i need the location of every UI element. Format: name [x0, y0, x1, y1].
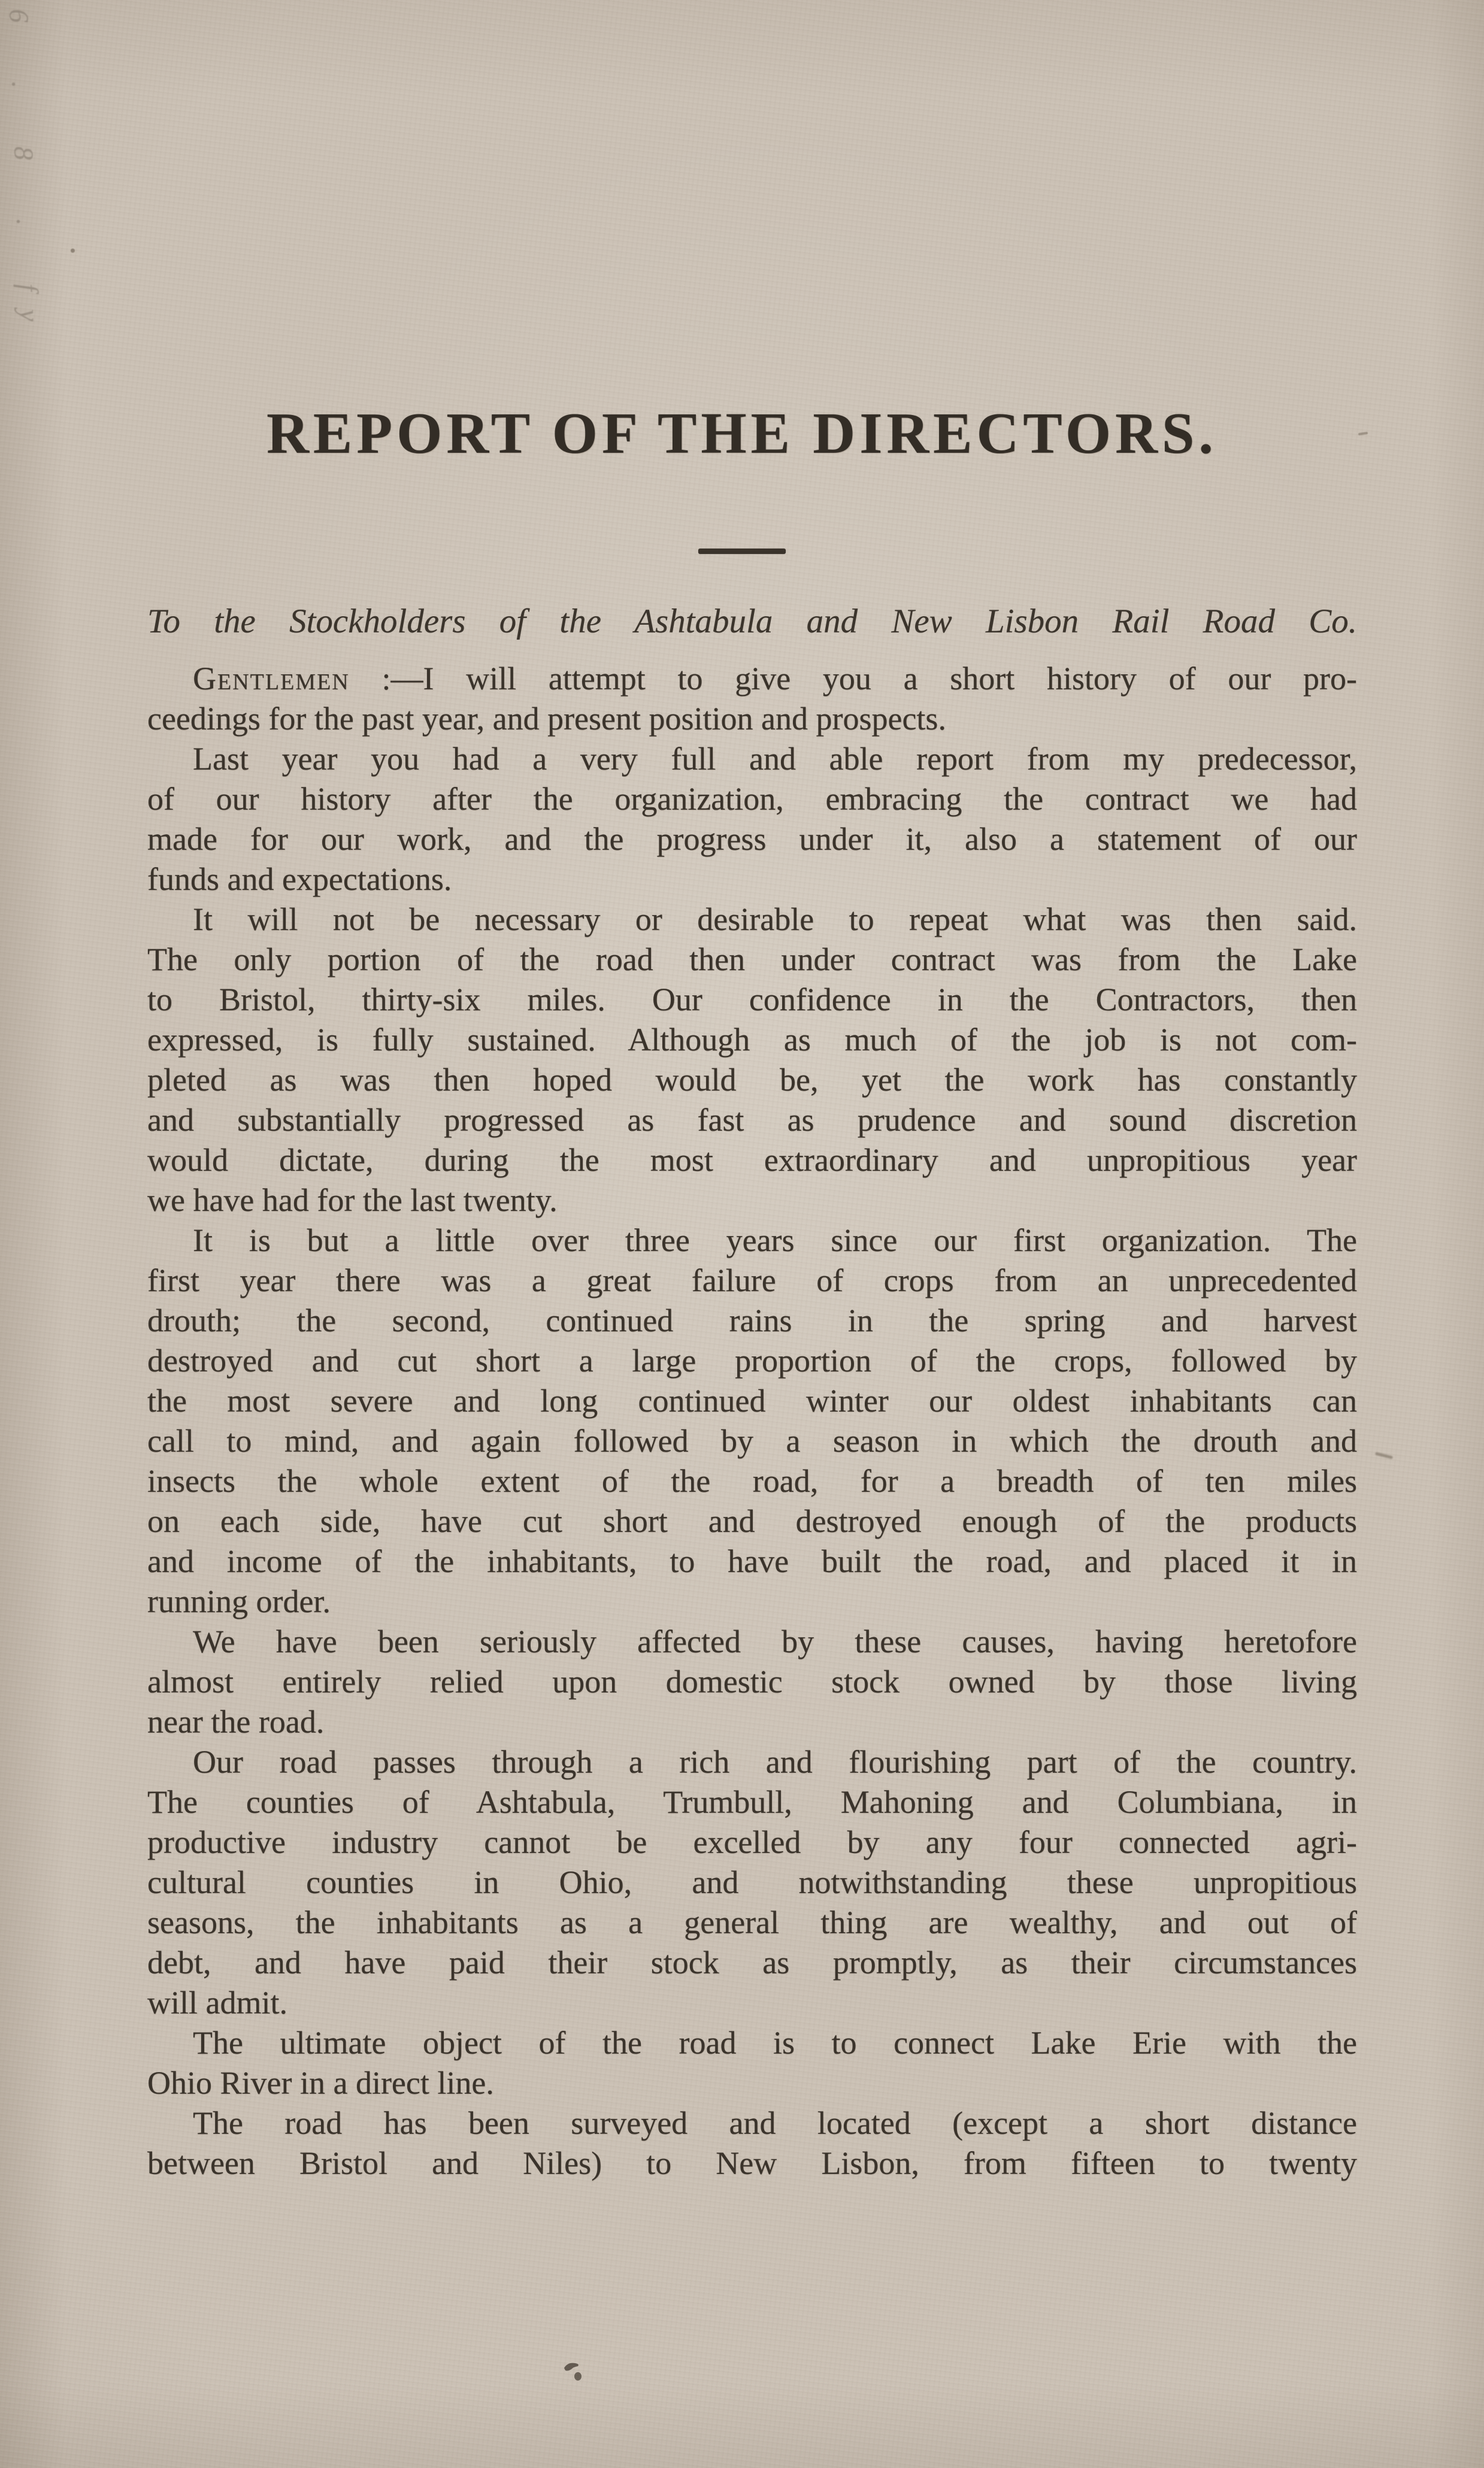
text-line: It will not be necessary or desirable to… — [147, 900, 1357, 940]
paper-fiber-mark — [1375, 1452, 1393, 1459]
text-line: productive industry cannot be excelled b… — [147, 1822, 1357, 1863]
page-title: REPORT OF THE DIRECTORS. — [0, 400, 1484, 467]
text-line: funds and expectations. — [147, 859, 1357, 900]
text-line: to Bristol, thirty-six miles. Our confid… — [147, 980, 1357, 1020]
text-line: The counties of Ashtabula, Trumbull, Mah… — [147, 1782, 1357, 1822]
text-line: we have had for the last twenty. — [147, 1180, 1357, 1221]
text-line: almost entirely relied upon domestic sto… — [147, 1662, 1357, 1702]
marginalia-pencil-note: 6 . 8 . fy . si . o — [0, 8, 47, 370]
text-line: call to mind, and again followed by a se… — [147, 1421, 1357, 1461]
text-line: cultural counties in Ohio, and notwithst… — [147, 1863, 1357, 1903]
text-line: made for our work, and the progress unde… — [147, 819, 1357, 859]
text-line: The ultimate object of the road is to co… — [147, 2023, 1357, 2063]
text-line: near the road. — [147, 1702, 1357, 1742]
salutation-line: To the Stockholders of the Ashtabula and… — [147, 601, 1357, 641]
text-line: seasons, the inhabitants as a general th… — [147, 1903, 1357, 1943]
text-line: pleted as was then hoped would be, yet t… — [147, 1060, 1357, 1100]
text-line: will admit. — [147, 1983, 1357, 2023]
text-line: It is but a little over three years sinc… — [147, 1221, 1357, 1261]
text-line: first year there was a great failure of … — [147, 1261, 1357, 1301]
text-line: The only portion of the road then under … — [147, 940, 1357, 980]
text-line: expressed, is fully sustained. Although … — [147, 1020, 1357, 1060]
paper-speck — [71, 249, 75, 253]
text-line: insects the whole extent of the road, fo… — [147, 1461, 1357, 1501]
section-divider — [698, 549, 786, 554]
text-line: the most severe and long continued winte… — [147, 1381, 1357, 1421]
text-line: drouth; the second, continued rains in t… — [147, 1301, 1357, 1341]
text-line: ceedings for the past year, and present … — [147, 699, 1357, 739]
text-run: :—I will attempt to give you a short his… — [350, 661, 1357, 697]
gentlemen-lead-word: Gentlemen — [193, 661, 350, 697]
text-line: Gentlemen :—I will attempt to give you a… — [147, 659, 1357, 699]
text-line: Last year you had a very full and able r… — [147, 739, 1357, 779]
text-line: We have been seriously affected by these… — [147, 1622, 1357, 1662]
ink-smudge — [562, 2358, 588, 2387]
text-line: and substantially progressed as fast as … — [147, 1100, 1357, 1140]
text-line: and income of the inhabitants, to have b… — [147, 1542, 1357, 1582]
text-line: between Bristol and Niles) to New Lisbon… — [147, 2143, 1357, 2184]
text-line: running order. — [147, 1582, 1357, 1622]
text-line: on each side, have cut short and destroy… — [147, 1501, 1357, 1542]
text-line: Ohio River in a direct line. — [147, 2063, 1357, 2103]
text-line: debt, and have paid their stock as promp… — [147, 1943, 1357, 1983]
text-line: of our history after the organization, e… — [147, 779, 1357, 819]
text-line: Our road passes through a rich and flour… — [147, 1742, 1357, 1782]
text-line: The road has been surveyed and located (… — [147, 2103, 1357, 2143]
report-body: Gentlemen :—I will attempt to give you a… — [147, 659, 1357, 2184]
text-line: destroyed and cut short a large proporti… — [147, 1341, 1357, 1381]
text-line: would dictate, during the most extraordi… — [147, 1140, 1357, 1180]
document-page: 6 . 8 . fy . si . o REPORT OF THE DIRECT… — [0, 0, 1484, 2468]
